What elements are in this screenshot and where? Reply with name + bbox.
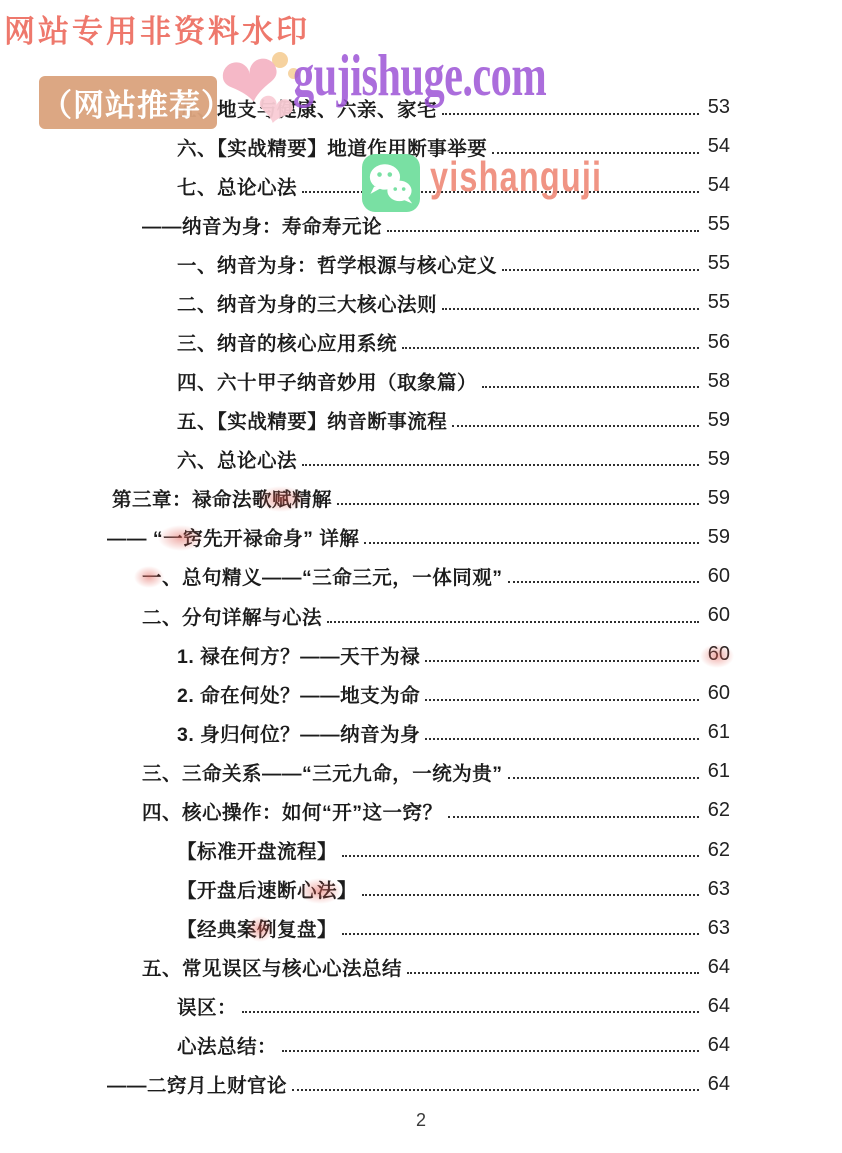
toc-page-number: 55 — [702, 213, 730, 236]
dotted-leader — [282, 1050, 699, 1052]
dotted-leader — [442, 308, 699, 310]
dotted-leader — [302, 191, 699, 193]
dotted-leader — [508, 777, 699, 779]
toc-entry-label: —— “一窍先开禄命身” 详解 — [107, 523, 359, 551]
toc-entry-label: 五、常见误区与核心心法总结 — [142, 953, 402, 981]
dotted-leader — [482, 386, 699, 388]
toc-entry-label: 【标准开盘流程】 — [177, 836, 337, 864]
toc-page-number: 60 — [702, 643, 730, 666]
dotted-leader — [452, 425, 699, 427]
toc-row: 五、地支与健康、六亲、家宅53 — [0, 88, 730, 127]
toc-row: 第三章：禄命法歌赋精解59 — [0, 479, 730, 518]
footer-page-number: 2 — [0, 1110, 842, 1131]
toc-row: 【经典案例复盘】63 — [0, 909, 730, 948]
toc-entry-label: 三、纳音的核心应用系统 — [177, 328, 397, 356]
toc-entry-label: 二、纳音为身的三大核心法则 — [177, 289, 437, 317]
toc-row: ——二窍月上财官论64 — [0, 1065, 730, 1104]
toc-page-number: 61 — [702, 760, 730, 783]
dotted-leader — [242, 1011, 699, 1013]
toc-entry-label: 四、六十甲子纳音妙用（取象篇） — [177, 367, 477, 395]
toc-row: 六、【实战精要】地道作用断事举要54 — [0, 127, 730, 166]
toc-row: 四、核心操作：如何“开”这一窍？62 — [0, 791, 730, 830]
toc-page-number: 60 — [702, 604, 730, 627]
dotted-leader — [364, 542, 699, 544]
dotted-leader — [342, 855, 699, 857]
toc-page-number: 54 — [702, 174, 730, 197]
toc-row: 七、总论心法54 — [0, 166, 730, 205]
toc-row: 五、【实战精要】纳音断事流程59 — [0, 401, 730, 440]
toc-entry-label: 五、【实战精要】纳音断事流程 — [177, 406, 447, 434]
toc-page-number: 64 — [702, 1034, 730, 1057]
toc-page-number: 60 — [702, 682, 730, 705]
toc-entry-label: 六、总论心法 — [177, 445, 297, 473]
toc-entry-label: 五、地支与健康、六亲、家宅 — [177, 94, 437, 122]
dotted-leader — [342, 933, 699, 935]
toc-row: 【开盘后速断心法】63 — [0, 870, 730, 909]
toc-row: 三、纳音的核心应用系统56 — [0, 322, 730, 361]
dotted-leader — [387, 230, 699, 232]
toc-page-number: 62 — [702, 799, 730, 822]
toc-entry-label: ——二窍月上财官论 — [107, 1070, 287, 1098]
dotted-leader — [425, 660, 699, 662]
toc-page-number: 64 — [702, 1073, 730, 1096]
toc-row: 心法总结：64 — [0, 1026, 730, 1065]
toc-page-number: 60 — [702, 565, 730, 588]
toc-entry-label: 六、【实战精要】地道作用断事举要 — [177, 133, 487, 161]
toc-entry-label: 一、纳音为身：哲学根源与核心定义 — [177, 250, 497, 278]
toc-page-number: 63 — [702, 917, 730, 940]
dotted-leader — [362, 894, 699, 896]
dotted-leader — [448, 816, 699, 818]
toc-entry-label: 1. 禄在何方？——天干为禄 — [177, 641, 420, 669]
toc-row: 一、总句精义——“三命三元，一体同观”60 — [0, 557, 730, 596]
dotted-leader — [508, 581, 699, 583]
toc-row: 三、三命关系——“三元九命，一统为贵”61 — [0, 752, 730, 791]
toc-page-number: 54 — [702, 135, 730, 158]
toc-row: 四、六十甲子纳音妙用（取象篇）58 — [0, 362, 730, 401]
dotted-leader — [442, 113, 699, 115]
toc-row: 二、分句详解与心法60 — [0, 596, 730, 635]
toc-page-number: 61 — [702, 721, 730, 744]
toc-row: 误区：64 — [0, 987, 730, 1026]
toc-page-number: 59 — [702, 448, 730, 471]
dotted-leader — [502, 269, 699, 271]
table-of-contents: 五、地支与健康、六亲、家宅53六、【实战精要】地道作用断事举要54七、总论心法5… — [0, 88, 730, 1104]
toc-page-number: 58 — [702, 370, 730, 393]
toc-entry-label: 【经典案例复盘】 — [177, 914, 337, 942]
dotted-leader — [302, 464, 699, 466]
toc-row: 【标准开盘流程】62 — [0, 830, 730, 869]
toc-page-number: 55 — [702, 252, 730, 275]
dotted-leader — [407, 972, 699, 974]
toc-row: 2. 命在何处？——地支为命60 — [0, 674, 730, 713]
toc-entry-label: 2. 命在何处？——地支为命 — [177, 680, 420, 708]
toc-page-number: 63 — [702, 878, 730, 901]
top-left-watermark-text: 网站专用非资料水印 — [4, 6, 310, 51]
toc-entry-label: 心法总结： — [177, 1031, 277, 1059]
toc-entry-label: 二、分句详解与心法 — [142, 602, 322, 630]
sparkle-dot-icon — [272, 52, 288, 68]
toc-row: 六、总论心法59 — [0, 440, 730, 479]
toc-row: —— “一窍先开禄命身” 详解59 — [0, 518, 730, 557]
toc-page-number: 62 — [702, 839, 730, 862]
toc-row: 五、常见误区与核心心法总结64 — [0, 948, 730, 987]
toc-row: 1. 禄在何方？——天干为禄60 — [0, 635, 730, 674]
toc-page-number: 56 — [702, 331, 730, 354]
toc-entry-label: 七、总论心法 — [177, 172, 297, 200]
toc-entry-label: ——纳音为身：寿命寿元论 — [142, 211, 382, 239]
sparkle-dot-icon — [288, 68, 299, 79]
toc-row: ——纳音为身：寿命寿元论55 — [0, 205, 730, 244]
toc-entry-label: 误区： — [177, 992, 237, 1020]
toc-page-number: 64 — [702, 956, 730, 979]
toc-row: 3. 身归何位？——纳音为身61 — [0, 713, 730, 752]
toc-entry-label: 三、三命关系——“三元九命，一统为贵” — [142, 758, 503, 786]
dotted-leader — [337, 503, 699, 505]
toc-page-number: 59 — [702, 409, 730, 432]
dotted-leader — [425, 738, 699, 740]
toc-page-number: 53 — [702, 96, 730, 119]
toc-entry-label: 3. 身归何位？——纳音为身 — [177, 719, 420, 747]
toc-row: 一、纳音为身：哲学根源与核心定义55 — [0, 244, 730, 283]
toc-page-number: 55 — [702, 291, 730, 314]
toc-row: 二、纳音为身的三大核心法则55 — [0, 283, 730, 322]
dotted-leader — [492, 152, 699, 154]
toc-entry-label: 四、核心操作：如何“开”这一窍？ — [142, 797, 443, 825]
dotted-leader — [402, 347, 699, 349]
dotted-leader — [425, 699, 699, 701]
dotted-leader — [292, 1089, 699, 1091]
toc-entry-label: 第三章：禄命法歌赋精解 — [112, 484, 332, 512]
toc-page-number: 59 — [702, 487, 730, 510]
toc-entry-label: 一、总句精义——“三命三元，一体同观” — [142, 562, 503, 590]
dotted-leader — [327, 621, 699, 623]
toc-page-number: 59 — [702, 526, 730, 549]
toc-entry-label: 【开盘后速断心法】 — [177, 875, 357, 903]
toc-page-number: 64 — [702, 995, 730, 1018]
